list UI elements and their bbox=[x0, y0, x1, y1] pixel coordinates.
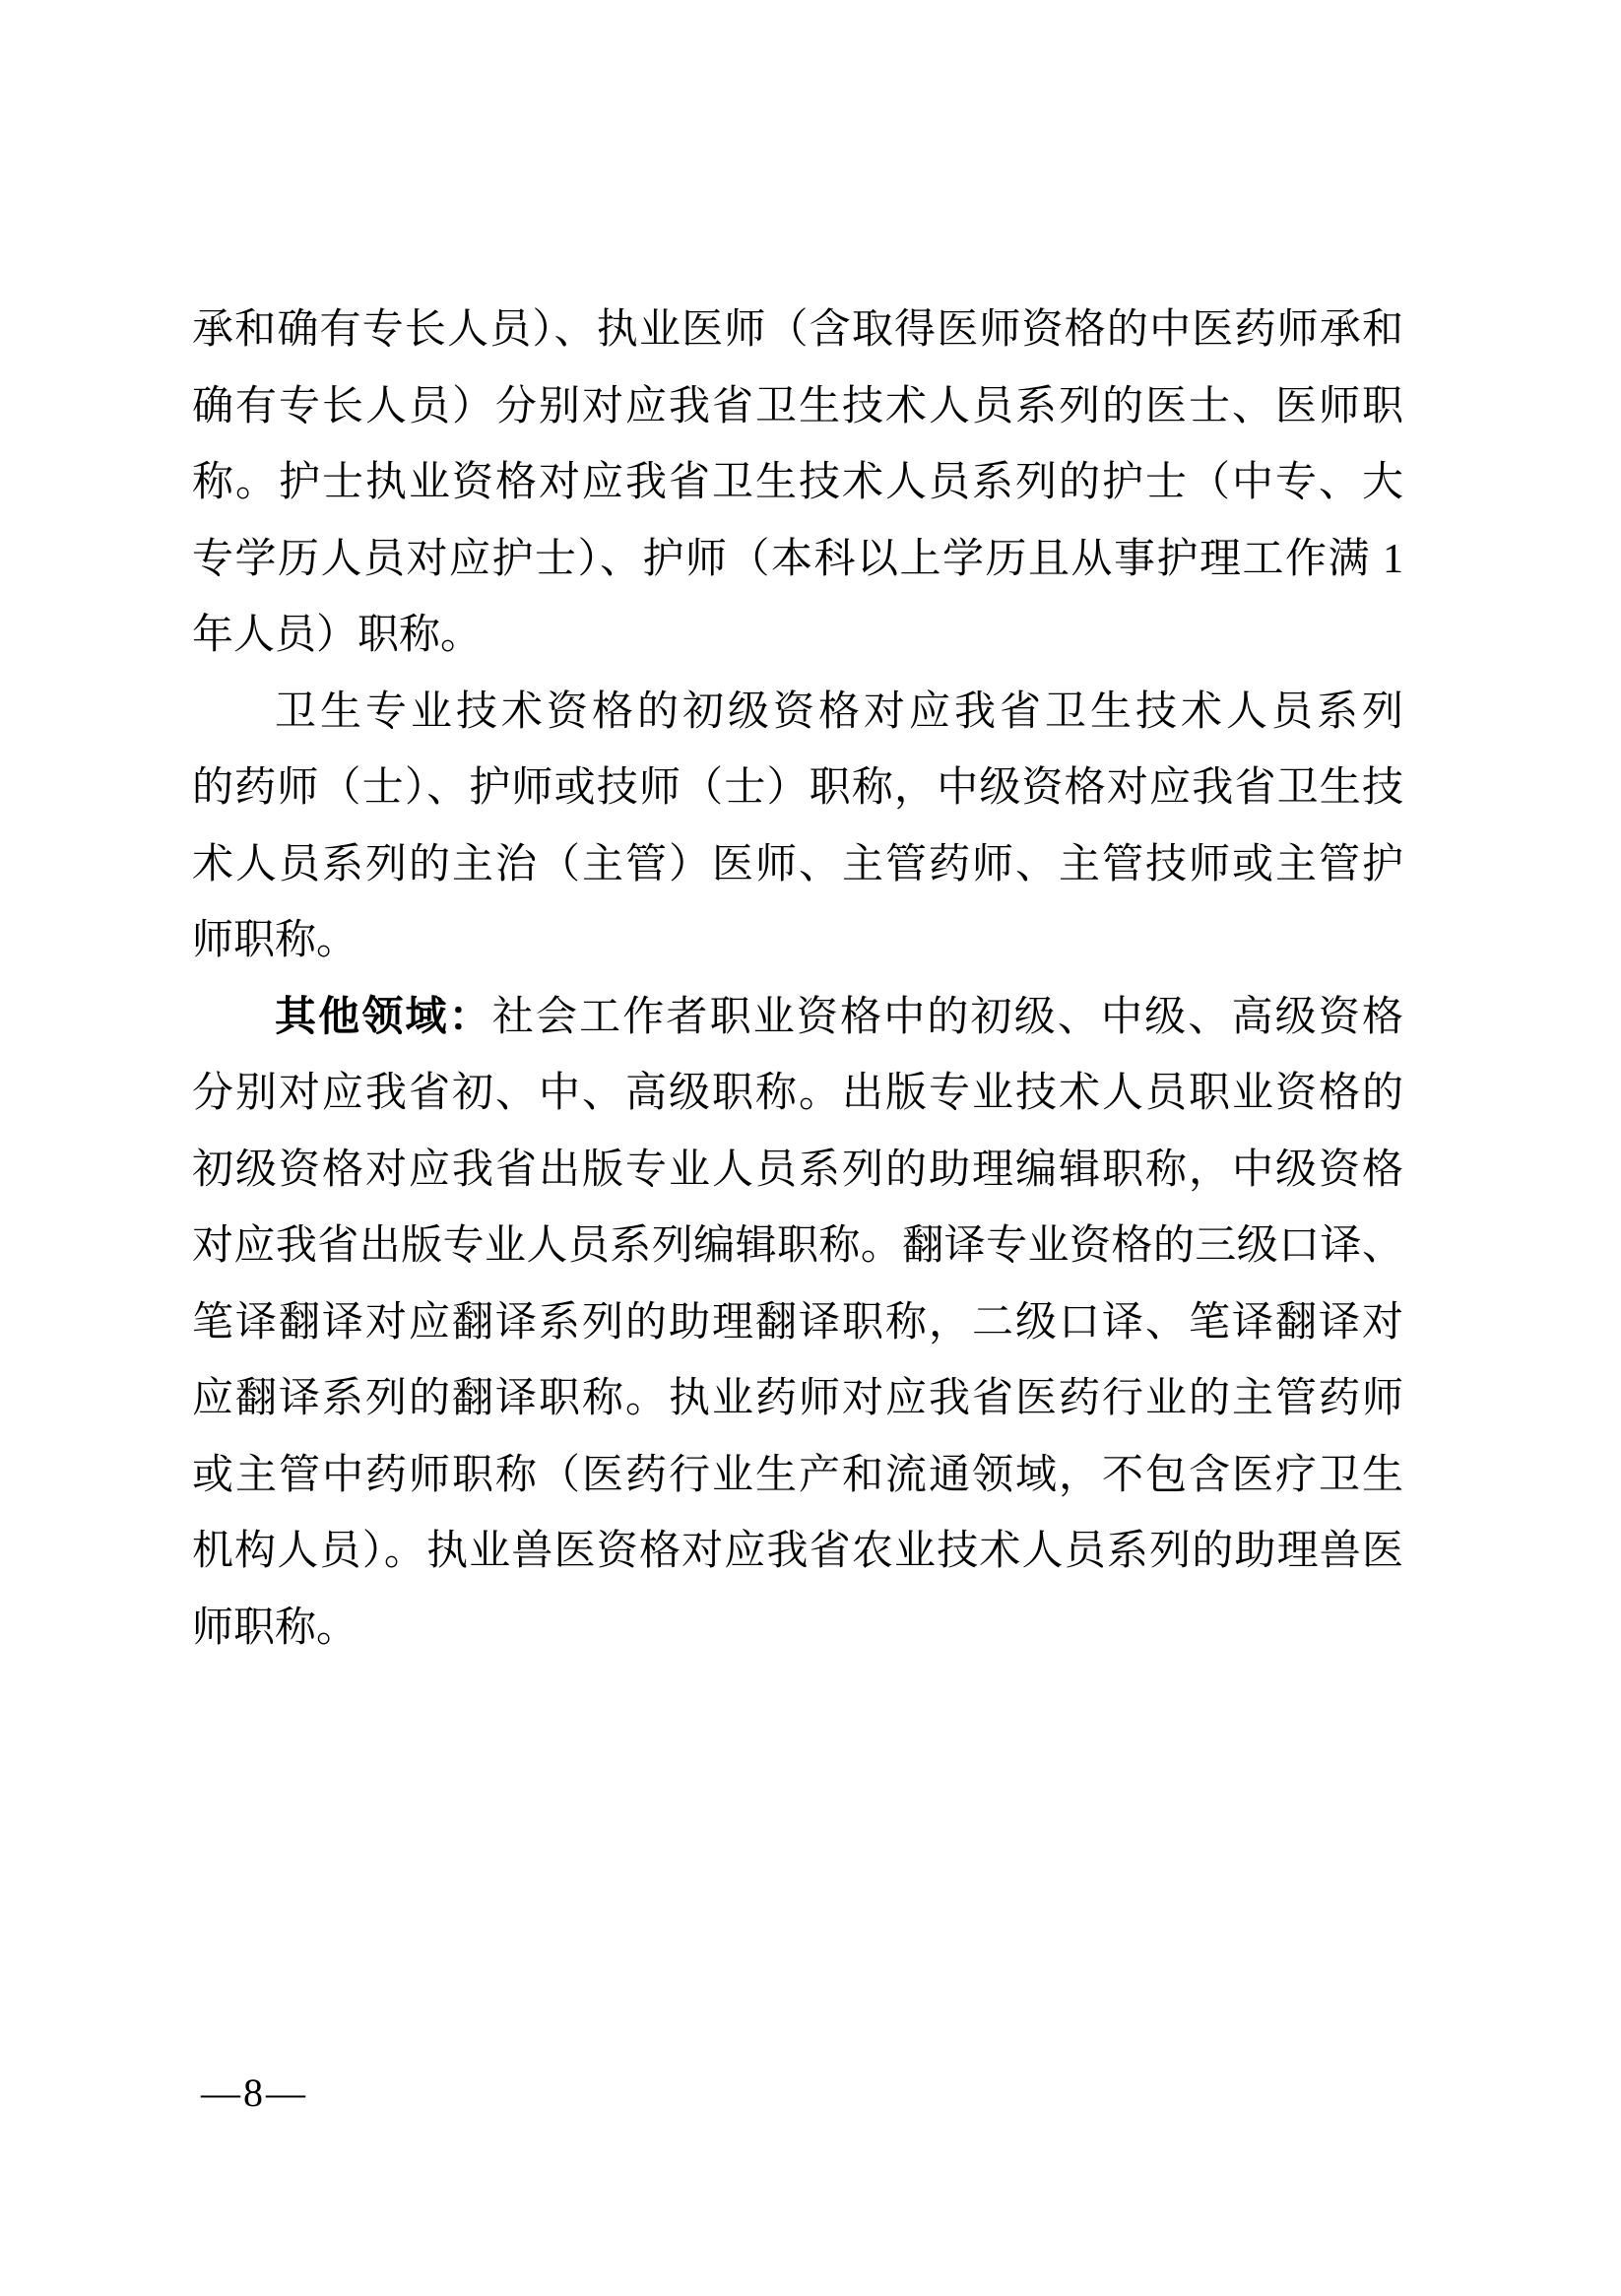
text-line-p3-8: 机构人员）。执业兽医资格对应我省农业技术人员系列的助理兽医 bbox=[192, 1514, 1403, 1591]
text-segment: 师职称。 bbox=[192, 918, 357, 963]
text-segment: 对应我省出版专业人员系列编辑职称。翻译专业资格的三级口译、 bbox=[192, 1223, 1403, 1269]
text-line-p1-2: 确有专长人员）分别对应我省卫生技术人员系列的医士、医师职 bbox=[192, 369, 1403, 446]
bold-lead-in: 其他领域： bbox=[275, 995, 492, 1040]
text-line-p3-2: 分别对应我省初、中、高级职称。出版专业技术人员职业资格的 bbox=[192, 1056, 1403, 1133]
text-line-p1-3: 称。护士执业资格对应我省卫生技术人员系列的护士（中专、大 bbox=[192, 445, 1403, 522]
text-line-p2-1: 卫生专业技术资格的初级资格对应我省卫生技术人员系列 bbox=[192, 675, 1403, 752]
page-number-text: —8— bbox=[201, 2070, 308, 2115]
text-segment: 确有专长人员）分别对应我省卫生技术人员系列的医士、医师职 bbox=[192, 384, 1403, 429]
text-line-p3-6: 应翻译系列的翻译职称。执业药师对应我省医药行业的主管药师 bbox=[192, 1361, 1403, 1438]
document-body: 承和确有专长人员）、执业医师（含取得医师资格的中医药师承和确有专长人员）分别对应… bbox=[192, 293, 1403, 1667]
text-line-p2-2: 的药师（士）、护师或技师（士）职称，中级资格对应我省卫生技 bbox=[192, 751, 1403, 827]
text-segment: 笔译翻译对应翻译系列的助理翻译职称，二级口译、笔译翻译对 bbox=[192, 1300, 1403, 1345]
text-segment: 称。护士执业资格对应我省卫生技术人员系列的护士（中专、大 bbox=[192, 460, 1403, 505]
text-segment: 社会工作者职业资格中的初级、中级、高级资格 bbox=[492, 995, 1403, 1040]
text-segment: 初级资格对应我省出版专业人员系列的助理编辑职称，中级资格 bbox=[192, 1148, 1403, 1193]
text-segment: 年人员）职称。 bbox=[192, 613, 482, 658]
text-line-p3-3: 初级资格对应我省出版专业人员系列的助理编辑职称，中级资格 bbox=[192, 1133, 1403, 1210]
text-line-p1-4: 专学历人员对应护士）、护师（本科以上学历且从事护理工作满 1 bbox=[192, 522, 1403, 599]
text-line-p3-1: 其他领域：社会工作者职业资格中的初级、中级、高级资格 bbox=[192, 980, 1403, 1057]
text-segment: 的药师（士）、护师或技师（士）职称，中级资格对应我省卫生技 bbox=[192, 765, 1403, 811]
text-segment: 承和确有专长人员）、执业医师（含取得医师资格的中医药师承和 bbox=[192, 307, 1403, 353]
text-line-p1-1: 承和确有专长人员）、执业医师（含取得医师资格的中医药师承和 bbox=[192, 293, 1403, 369]
text-line-p3-5: 笔译翻译对应翻译系列的助理翻译职称，二级口译、笔译翻译对 bbox=[192, 1285, 1403, 1362]
text-segment: 卫生专业技术资格的初级资格对应我省卫生技术人员系列 bbox=[275, 689, 1403, 735]
document-page: 承和确有专长人员）、执业医师（含取得医师资格的中医药师承和确有专长人员）分别对应… bbox=[0, 0, 1621, 2296]
text-segment: 或主管中药师职称（医药行业生产和流通领域，不包含医疗卫生 bbox=[192, 1453, 1403, 1498]
text-line-p3-4: 对应我省出版专业人员系列编辑职称。翻译专业资格的三级口译、 bbox=[192, 1209, 1403, 1285]
text-segment: 应翻译系列的翻译职称。执业药师对应我省医药行业的主管药师 bbox=[192, 1376, 1403, 1421]
text-segment: 术人员系列的主治（主管）医师、主管药师、主管技师或主管护 bbox=[192, 842, 1403, 887]
text-line-p2-3: 术人员系列的主治（主管）医师、主管药师、主管技师或主管护 bbox=[192, 827, 1403, 904]
text-segment: 分别对应我省初、中、高级职称。出版专业技术人员职业资格的 bbox=[192, 1071, 1403, 1116]
text-segment: 专学历人员对应护士）、护师（本科以上学历且从事护理工作满 1 bbox=[192, 537, 1403, 582]
text-line-p2-4: 师职称。 bbox=[192, 903, 1403, 980]
page-number: —8— bbox=[201, 2071, 308, 2115]
text-segment: 机构人员）。执业兽医资格对应我省农业技术人员系列的助理兽医 bbox=[192, 1529, 1403, 1574]
text-segment: 师职称。 bbox=[192, 1606, 357, 1651]
text-line-p3-7: 或主管中药师职称（医药行业生产和流通领域，不包含医疗卫生 bbox=[192, 1438, 1403, 1515]
text-line-p3-9: 师职称。 bbox=[192, 1591, 1403, 1668]
text-line-p1-5: 年人员）职称。 bbox=[192, 598, 1403, 675]
